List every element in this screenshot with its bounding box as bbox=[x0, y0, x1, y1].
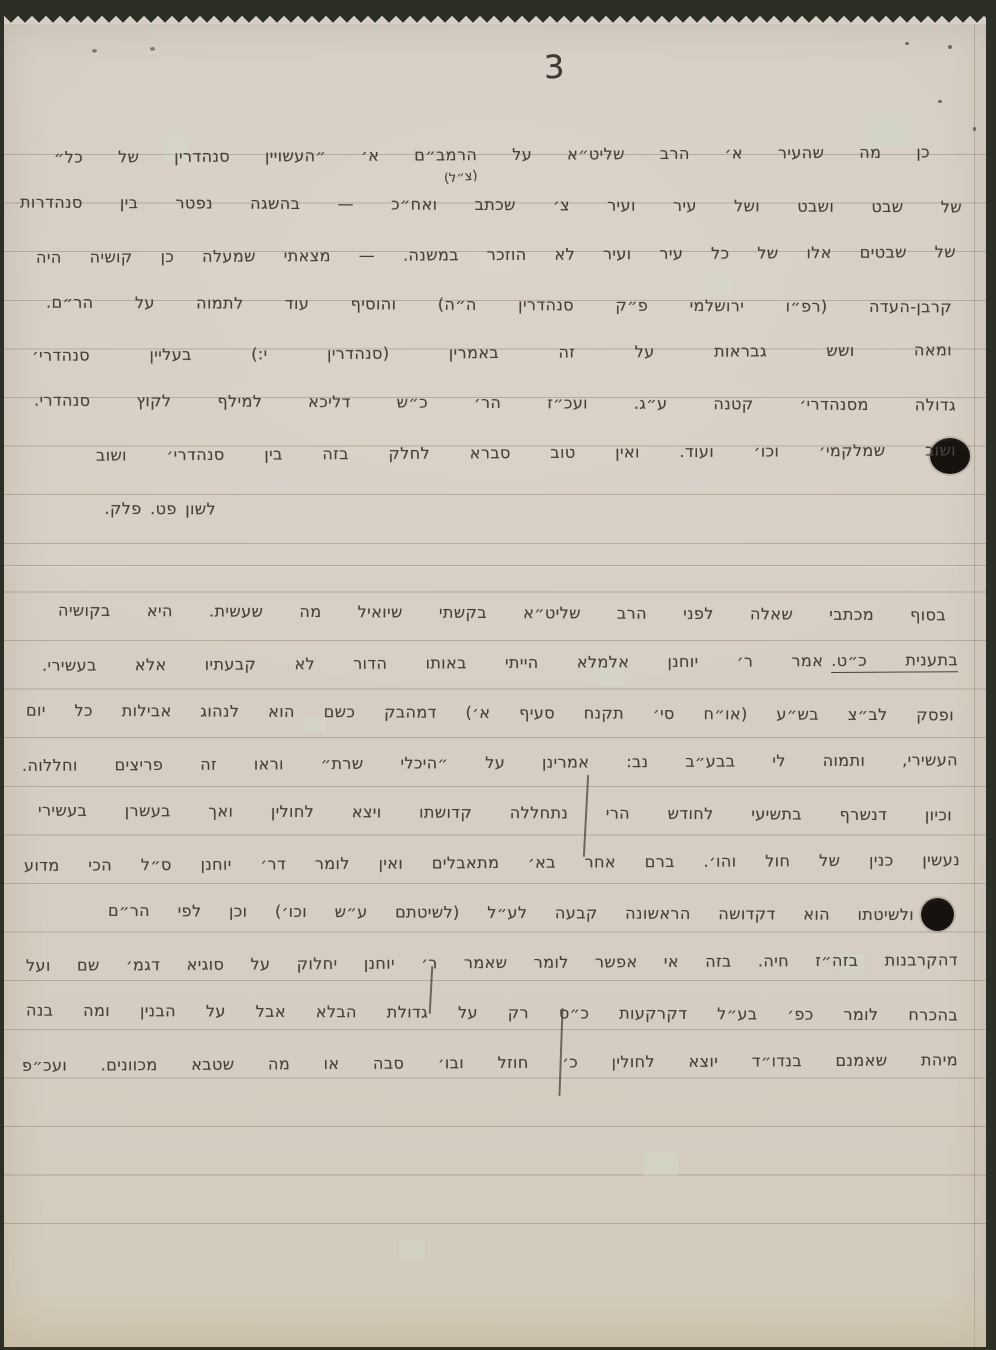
handwritten-line: ופסק לב״צ בש״ע (או״ח סי׳ תקנח סעיף א׳) ד… bbox=[26, 696, 954, 731]
handwritten-line: של שבטים אלו של כל עיר ועיר לא הוזכר במש… bbox=[36, 237, 956, 273]
fold-crease bbox=[4, 565, 986, 566]
ink-speck bbox=[948, 45, 952, 49]
ink-speck bbox=[905, 42, 909, 45]
scan-artifact bbox=[399, 1240, 425, 1258]
handwritten-line: בהכרח לומר כפ׳ בע״ל דקרקעות כ״ס רק על גד… bbox=[26, 996, 958, 1031]
ink-speck bbox=[973, 127, 976, 131]
handwritten-line: כן מה שהעיר א׳ הרב שליט״א על הרמב״ם א׳ ״… bbox=[54, 137, 930, 172]
handwritten-line: ולשיטתו הוא דקדושה הראשונה קבעה לע״ל (לש… bbox=[108, 896, 914, 930]
underlined-citation: בתענית כ״ט. bbox=[831, 650, 958, 673]
paper-edge-line bbox=[974, 24, 975, 1347]
handwritten-line: קרבן-העדה (רפ״ו ירושלמי פ״ק סנהדרין ה״ה)… bbox=[46, 288, 952, 323]
ink-speck bbox=[938, 100, 942, 103]
staple-mark bbox=[150, 47, 155, 51]
handwritten-line: וכיון דנשרף בתשיעי לחודש הרי נתחללה קדוש… bbox=[38, 796, 952, 831]
handwritten-line: ושוב שמלקמי׳ וכו׳ ועוד. ואין טוב סברא לח… bbox=[96, 435, 956, 470]
handwritten-line: גדולה מסנהדרי׳ קטנה ע״ג. ועכ״ז הר׳ כ״ש ד… bbox=[34, 386, 956, 421]
handwritten-line: לשון פט. פלק. bbox=[56, 494, 216, 525]
page-number: 3 bbox=[543, 48, 565, 87]
handwritten-line: דהקרבנות בזה״ז חיה. בזה אי אפשר לומר שאמ… bbox=[26, 945, 958, 981]
handwritten-line: ומאה ושש גבראות על זה באמרין (סנהדרין י:… bbox=[32, 335, 952, 371]
scanned-page: 3 כן מה שהעיר א׳ הרב שליט״א על הרמב״ם א׳… bbox=[0, 0, 996, 1350]
scan-artifact bbox=[644, 1152, 678, 1176]
staple-mark bbox=[92, 49, 97, 53]
hole-punch-bottom bbox=[921, 898, 954, 931]
handwritten-line: של שבט ושבט ושל עיר ועיר צ׳ שכתב ואח״כ —… bbox=[20, 188, 962, 223]
handwritten-line-with-citation: בתענית כ״ט.אמר ר׳ יוחנן אלמלא הייתי באות… bbox=[42, 645, 958, 681]
handwritten-line: העשירי, ותמוה לי בבע״ב נב: אמרינן על ״הי… bbox=[22, 745, 958, 781]
paper-sheet: 3 כן מה שהעיר א׳ הרב שליט״א על הרמב״ם א׳… bbox=[4, 24, 986, 1347]
handwritten-line: נעשין כנין של חול והו׳. ברם אחר בא׳ מתאב… bbox=[24, 845, 960, 881]
citation-continuation: אמר ר׳ יוחנן אלמלא הייתי באותו הדור לא ק… bbox=[42, 651, 823, 675]
handwritten-line: מיהת שאמנם בנדו״ד יוצא לחולין כ׳ חוזל וב… bbox=[22, 1045, 958, 1081]
handwritten-line: בסוף מכתבי שאלה לפני הרב שליט״א בקשתי שי… bbox=[58, 596, 946, 631]
bottom-sheet-edge bbox=[4, 1289, 986, 1347]
